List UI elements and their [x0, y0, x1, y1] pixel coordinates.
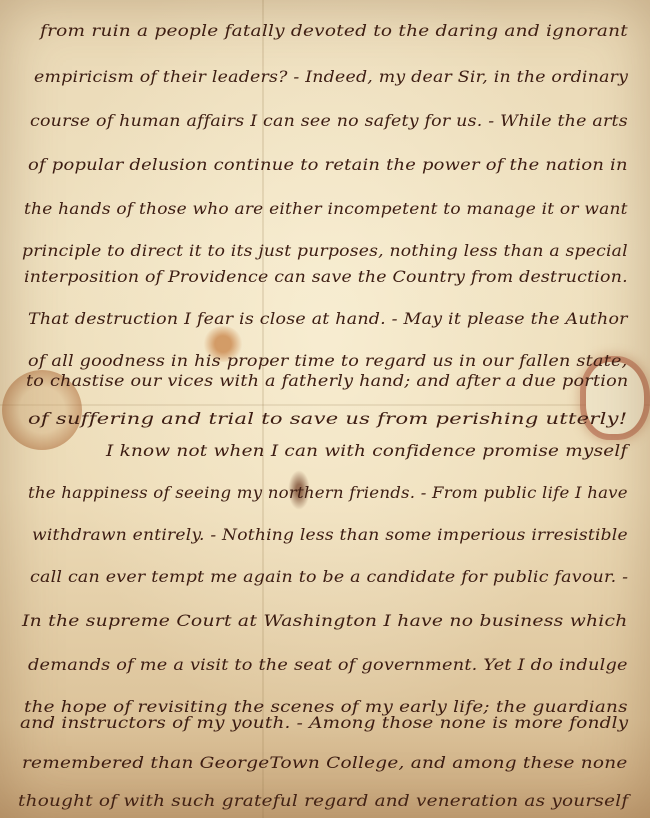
letter-line: demands of me a visit to the seat of gov… — [28, 656, 628, 674]
letter-line: In the supreme Court at Washington I hav… — [22, 612, 628, 630]
letter-line: from ruin a people fatally devoted to th… — [40, 22, 628, 40]
letter-line: to chastise our vices with a fatherly ha… — [26, 372, 628, 390]
letter-line: the hands of those who are either incomp… — [24, 200, 628, 218]
letter-line: withdrawn entirely. - Nothing less than … — [32, 526, 628, 544]
letter-line: remembered than GeorgeTown College, and … — [22, 754, 628, 772]
letter-line: course of human affairs I can see no saf… — [30, 112, 628, 130]
letter-line: That destruction I fear is close at hand… — [28, 310, 628, 328]
letter-line: of popular delusion continue to retain t… — [28, 156, 628, 174]
letter-line: thought of with such grateful regard and… — [18, 792, 628, 810]
letter-line: interposition of Providence can save the… — [24, 268, 628, 286]
letter-page: from ruin a people fatally devoted to th… — [0, 0, 650, 818]
letter-line: principle to direct it to its just purpo… — [22, 242, 628, 260]
letter-line: the happiness of seeing my northern frie… — [28, 484, 628, 502]
letter-line: call can ever tempt me again to be a can… — [30, 568, 628, 586]
letter-body: from ruin a people fatally devoted to th… — [0, 0, 650, 818]
letter-line: of all goodness in his proper time to re… — [28, 352, 627, 370]
letter-line: and instructors of my youth. - Among tho… — [20, 714, 628, 732]
letter-line: empiricism of their leaders? - Indeed, m… — [34, 68, 628, 86]
letter-line: I know not when I can with confidence pr… — [106, 442, 628, 460]
letter-line: of suffering and trial to save us from p… — [28, 410, 628, 428]
